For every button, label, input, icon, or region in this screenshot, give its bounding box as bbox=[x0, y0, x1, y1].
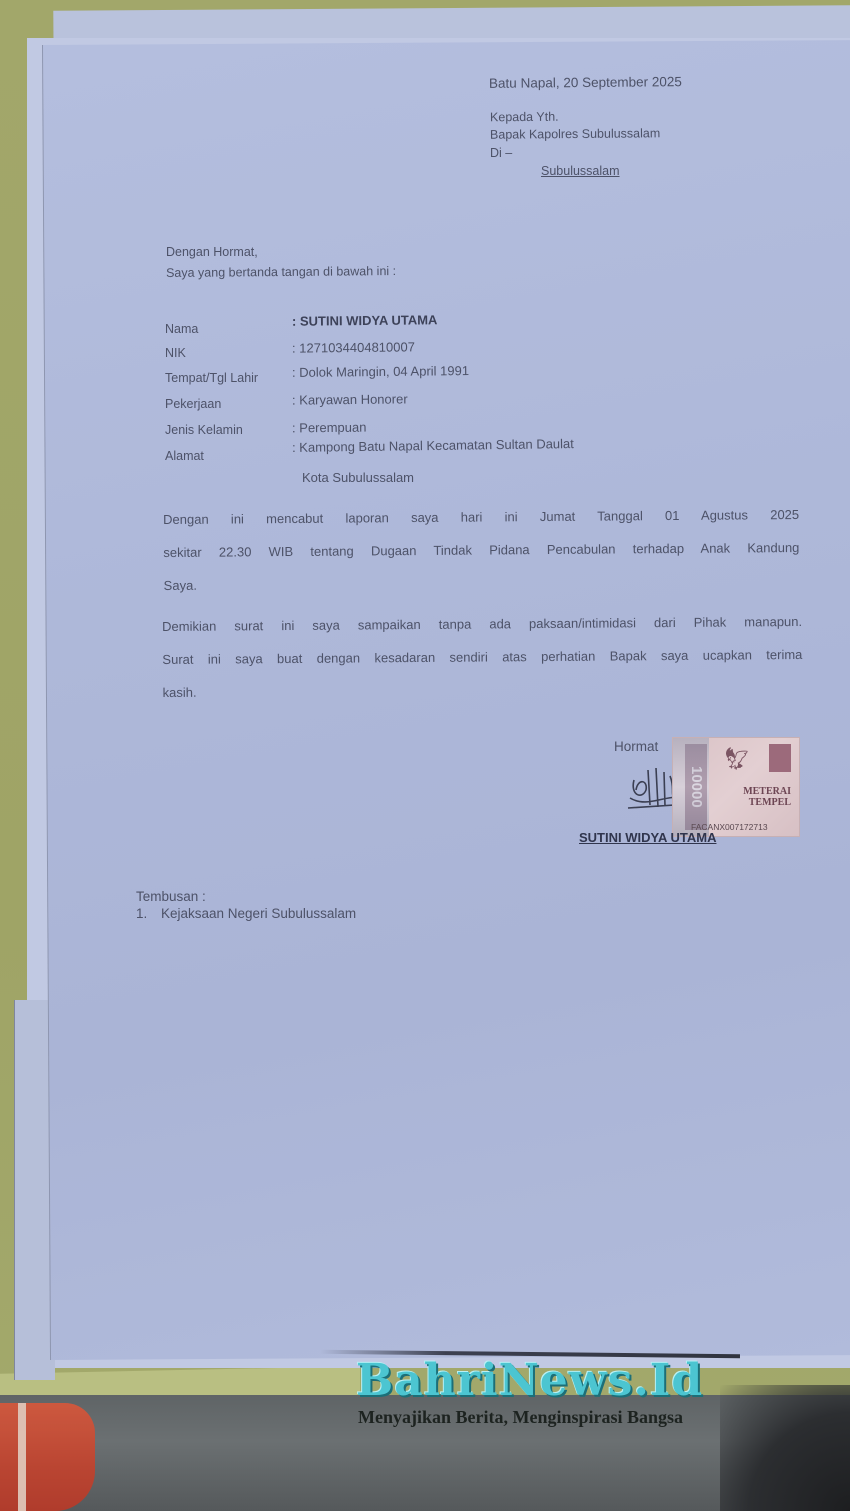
identity-label: Pekerjaan bbox=[165, 397, 221, 411]
identity-label: Tempat/Tgl Lahir bbox=[165, 371, 258, 385]
identity-value: : Dolok Maringin, 04 April 1991 bbox=[292, 363, 469, 380]
identity-label: Nama bbox=[165, 322, 198, 336]
recipient-salutation: Kepada Yth. bbox=[490, 110, 559, 125]
greeting: Dengan Hormat, bbox=[166, 245, 258, 259]
paragraph-line: Dengan ini mencabut laporan saya hari in… bbox=[163, 498, 799, 536]
identity-value: : 1271034404810007 bbox=[292, 339, 415, 355]
stamp-label: METERAI TEMPEL bbox=[743, 786, 791, 808]
cc-item: Kejaksaan Negeri Subulussalam bbox=[161, 906, 356, 921]
identity-label: Alamat bbox=[165, 449, 204, 463]
paragraph-line: Saya. bbox=[164, 564, 800, 602]
meterai-stamp: 10000 🦅︎ METERAI TEMPEL FACANX007172713 bbox=[672, 737, 800, 837]
signatory-name: SUTINI WIDYA UTAMA bbox=[579, 830, 716, 845]
stamp-label-line: TEMPEL bbox=[743, 797, 791, 808]
identity-label: NIK bbox=[165, 346, 186, 360]
intro-text: Saya yang bertanda tangan di bawah ini : bbox=[166, 264, 396, 280]
identity-value: : Perempuan bbox=[292, 420, 367, 436]
watermark-tagline: Menyajikan Berita, Menginspirasi Bangsa bbox=[358, 1407, 683, 1428]
paragraph-line: Demikian surat ini saya sampaikan tanpa … bbox=[162, 605, 802, 643]
closing-paragraph: Demikian surat ini saya sampaikan tanpa … bbox=[162, 605, 803, 709]
closing-hormat: Hormat bbox=[614, 739, 658, 754]
recipient-city: Subulussalam bbox=[541, 164, 620, 178]
address-line-2: Kota Subulussalam bbox=[302, 470, 414, 485]
watermark-brand: BahriNews.Id bbox=[356, 1355, 703, 1406]
recipient-name: Bapak Kapolres Subulussalam bbox=[490, 126, 660, 141]
stamp-corner-mark bbox=[769, 744, 791, 772]
garuda-emblem-icon: 🦅︎ bbox=[723, 744, 749, 774]
place-date: Batu Napal, 20 September 2025 bbox=[489, 74, 682, 91]
identity-value: : Karyawan Honorer bbox=[292, 391, 408, 407]
cc-heading: Tembusan : bbox=[136, 889, 206, 904]
paragraph-line: sekitar 22.30 WIB tentang Dugaan Tindak … bbox=[163, 531, 799, 569]
identity-value: : Kampong Batu Napal Kecamatan Sultan Da… bbox=[292, 436, 574, 455]
stamp-label-line: METERAI bbox=[743, 786, 791, 797]
identity-value: : SUTINI WIDYA UTAMA bbox=[292, 312, 438, 329]
letter-document: Batu Napal, 20 September 2025 Kepada Yth… bbox=[0, 0, 850, 1511]
paragraph-line: kasih. bbox=[163, 671, 803, 709]
recipient-di: Di – bbox=[490, 146, 512, 160]
paragraph-line: Surat ini saya buat dengan kesadaran sen… bbox=[162, 638, 802, 676]
revocation-paragraph: Dengan ini mencabut laporan saya hari in… bbox=[163, 498, 800, 602]
cc-item-number: 1. bbox=[136, 906, 147, 921]
identity-label: Jenis Kelamin bbox=[165, 423, 243, 437]
